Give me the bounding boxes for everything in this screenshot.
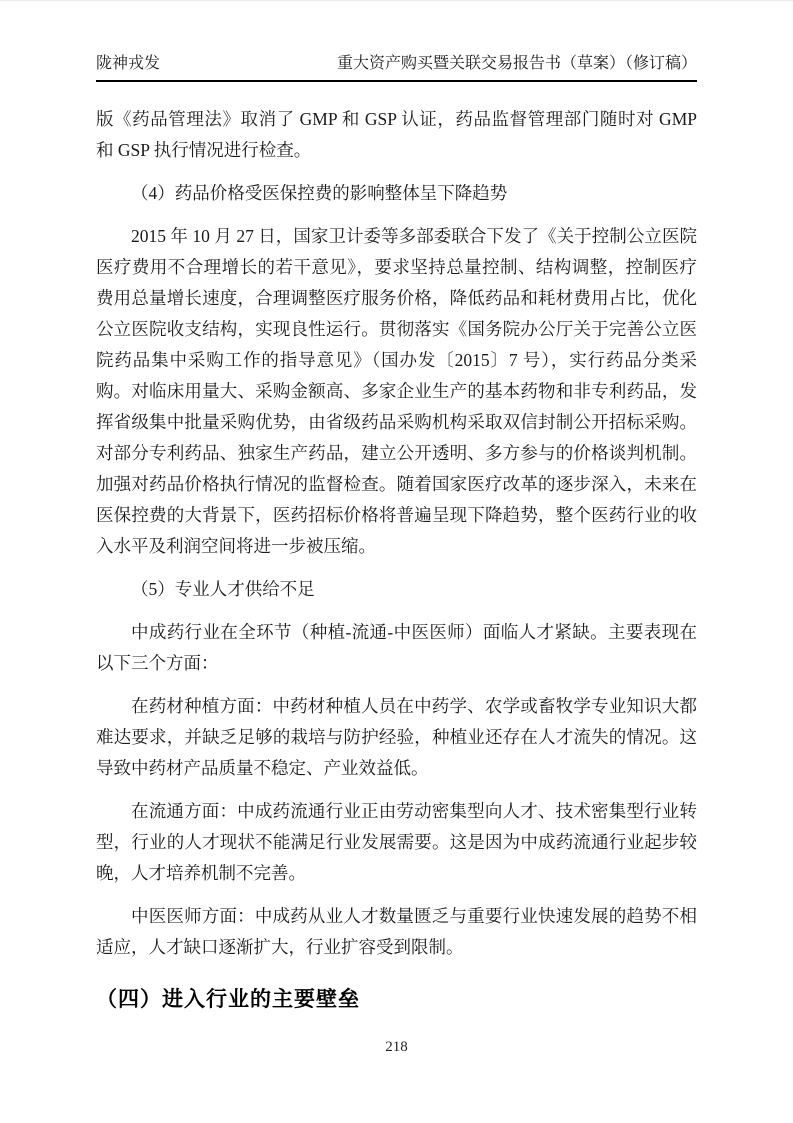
document-page: { "document": { "header": { "left_title"…: [0, 0, 793, 1123]
page-content-column: 陇神戎发 重大资产购买暨关联交易报告书（草案）（修订稿） 版《药品管理法》取消了…: [96, 1, 697, 1027]
page-footer: 218: [0, 1037, 793, 1057]
paragraph-herb-planting: 在药材种植方面：中药材种植人员在中药学、农学或畜牧学专业知识大都难达要求，并缺乏…: [96, 691, 697, 784]
subheading-4-drug-price: （4）药品价格受医保控费的影响整体呈下降趋势: [96, 178, 697, 209]
paragraph-talent-intro: 中成药行业在全环节（种植-流通-中医医师）面临人才紧缺。主要表现在以下三个方面：: [96, 617, 697, 679]
subheading-5-talent-shortage: （5）专业人才供给不足: [96, 574, 697, 605]
paragraph-tcm-doctors: 中医医师方面：中成药从业人才数量匮乏与重要行业快速发展的趋势不相适应，人才缺口逐…: [96, 901, 697, 963]
header-report-title: 重大资产购买暨关联交易报告书（草案）（修订稿）: [337, 54, 697, 74]
page-number: 218: [385, 1039, 408, 1055]
header-company-name: 陇神戎发: [96, 54, 160, 74]
paragraph-medical-insurance-policy: 2015 年 10 月 27 日，国家卫计委等多部委联合下发了《关于控制公立医院…: [96, 221, 697, 562]
section-heading-entry-barriers: （四）进入行业的主要壁垒: [96, 985, 697, 1015]
paragraph-circulation: 在流通方面：中成药流通行业正由劳动密集型向人才、技术密集型行业转型，行业的人才现…: [96, 796, 697, 889]
document-body: 版《药品管理法》取消了 GMP 和 GSP 认证，药品监督管理部门随时对 GMP…: [96, 82, 697, 1015]
paragraph-continuation-gmp-gsp: 版《药品管理法》取消了 GMP 和 GSP 认证，药品监督管理部门随时对 GMP…: [96, 104, 697, 166]
page-header: 陇神戎发 重大资产购买暨关联交易报告书（草案）（修订稿）: [96, 1, 697, 82]
